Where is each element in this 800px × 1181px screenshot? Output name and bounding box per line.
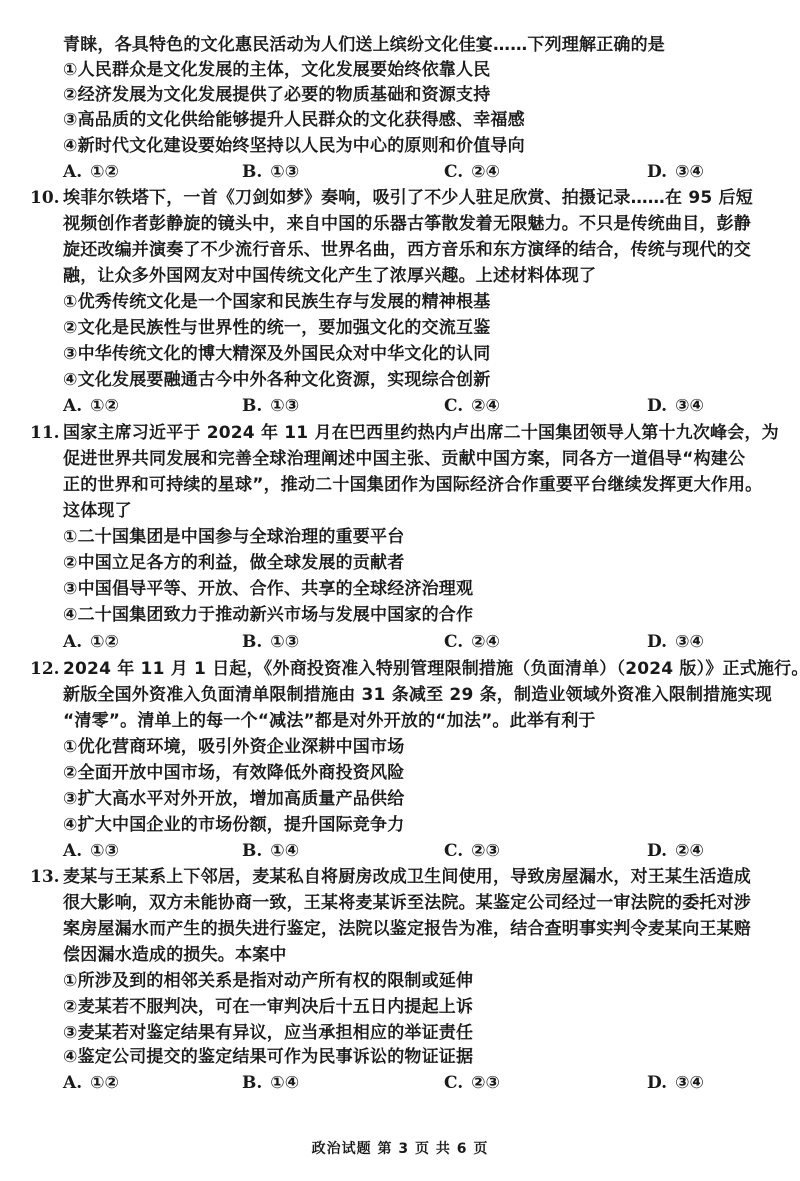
statement-3: ③中国倡导平等、开放、合作、共享的全球经济治理观 bbox=[63, 577, 473, 601]
statement-1: ①优秀传统文化是一个国家和民族生存与发展的精神根基 bbox=[63, 290, 490, 314]
option-c[interactable]: C.②④ bbox=[444, 394, 500, 418]
question-stem-line: 偿因漏水造成的损失。本案中 bbox=[63, 943, 287, 967]
question-number: 12. bbox=[30, 657, 60, 681]
statement-2: ②文化是民族性与世界性的统一，要加强文化的交流互鉴 bbox=[63, 316, 490, 340]
question-stem-line: 麦某与王某系上下邻居，麦某私自将厨房改成卫生间使用，导致房屋漏水，对王某生活造成 bbox=[63, 865, 751, 889]
option-a[interactable]: A.①③ bbox=[63, 839, 119, 863]
question-stem-line: 促进世界共同发展和完善全球治理阐述中国主张、贡献中国方案，同各方一道倡导“构建公 bbox=[63, 447, 745, 471]
question-stem-line: 融，让众多外国网友对中国传统文化产生了浓厚兴趣。上述材料体现了 bbox=[63, 264, 596, 288]
option-c[interactable]: C.②③ bbox=[444, 1071, 500, 1095]
option-d[interactable]: D.②④ bbox=[647, 839, 704, 863]
question-stem-line: 国家主席习近平于 2024 年 11 月在巴西里约热内卢出席二十国集团领导人第十… bbox=[63, 421, 779, 445]
answer-options: A.①② B.①③ C.②④ D.③④ bbox=[63, 630, 783, 654]
statement-1: ①二十国集团是中国参与全球治理的重要平台 bbox=[63, 525, 404, 549]
option-a[interactable]: A.①② bbox=[63, 394, 119, 418]
statement-1: ①人民群众是文化发展的主体，文化发展要始终依靠人民 bbox=[63, 58, 490, 82]
question-stem-line: 埃菲尔铁塔下，一首《刀剑如梦》奏响，吸引了不少人驻足欣赏、拍摄记录……在 95 … bbox=[63, 186, 753, 210]
statement-3: ③中华传统文化的博大精深及外国民众对中华文化的认同 bbox=[63, 342, 490, 366]
statement-4: ④鉴定公司提交的鉴定结果可作为民事诉讼的物证证据 bbox=[63, 1045, 473, 1069]
statement-3: ③扩大高水平对外开放，增加高质量产品供给 bbox=[63, 787, 404, 811]
option-b[interactable]: B.①③ bbox=[242, 630, 299, 654]
option-d[interactable]: D.③④ bbox=[647, 160, 704, 184]
statement-4: ④二十国集团致力于推动新兴市场与发展中国家的合作 bbox=[63, 603, 473, 627]
question-stem-line: 很大影响，双方未能协商一致，王某将麦某诉至法院。某鉴定公司经过一审法院的委托对涉 bbox=[63, 891, 751, 915]
statement-3: ③高品质的文化供给能够提升人民群众的文化获得感、幸福感 bbox=[63, 108, 525, 132]
statement-2: ②麦某若不服判决，可在一审判决后十五日内提起上诉 bbox=[63, 995, 473, 1019]
statement-4: ④扩大中国企业的市场份额，提升国际竞争力 bbox=[63, 813, 404, 837]
question-stem-line: 旋还改编并演奏了不少流行音乐、世界名曲，西方音乐和东方演绎的结合，传统与现代的交 bbox=[63, 238, 751, 262]
option-b[interactable]: B.①③ bbox=[242, 160, 299, 184]
answer-options: A.①② B.①④ C.②③ D.③④ bbox=[63, 1071, 783, 1095]
question-number: 10. bbox=[30, 186, 60, 210]
option-a[interactable]: A.①② bbox=[63, 160, 119, 184]
question-stem-line: 正的世界和可持续的星球”，推动二十国集团作为国际经济合作重要平台继续发挥更大作用… bbox=[63, 473, 762, 497]
question-number: 11. bbox=[30, 421, 60, 445]
question-stem-line: “清零”。清单上的每一个“减法”都是对外开放的“加法”。此举有利于 bbox=[63, 709, 596, 733]
page-footer: 政治试题 第 3 页 共 6 页 bbox=[0, 1138, 800, 1158]
answer-options: A.①② B.①③ C.②④ D.③④ bbox=[63, 160, 783, 184]
question-stem-line: 青睐，各具特色的文化惠民活动为人们送上缤纷文化佳宴……下列理解正确的是 bbox=[63, 33, 665, 57]
statement-1: ①优化营商环境，吸引外资企业深耕中国市场 bbox=[63, 735, 404, 759]
statement-2: ②经济发展为文化发展提供了必要的物质基础和资源支持 bbox=[63, 83, 490, 107]
option-b[interactable]: B.①④ bbox=[242, 839, 299, 863]
statement-3: ③麦某若对鉴定结果有异议，应当承担相应的举证责任 bbox=[63, 1021, 473, 1045]
option-a[interactable]: A.①② bbox=[63, 630, 119, 654]
option-d[interactable]: D.③④ bbox=[647, 1071, 704, 1095]
statement-1: ①所涉及到的相邻关系是指对动产所有权的限制或延伸 bbox=[63, 969, 473, 993]
statement-2: ②中国立足各方的利益，做全球发展的贡献者 bbox=[63, 551, 404, 575]
option-d[interactable]: D.③④ bbox=[647, 630, 704, 654]
question-stem-line: 这体现了 bbox=[63, 499, 132, 523]
option-b[interactable]: B.①④ bbox=[242, 1071, 299, 1095]
option-c[interactable]: C.②④ bbox=[444, 160, 500, 184]
answer-options: A.①③ B.①④ C.②③ D.②④ bbox=[63, 839, 783, 863]
question-stem-line: 新版全国外资准入负面清单限制措施由 31 条减至 29 条，制造业领域外资准入限… bbox=[63, 683, 772, 707]
answer-options: A.①② B.①③ C.②④ D.③④ bbox=[63, 394, 783, 418]
question-stem-line: 案房屋漏水而产生的损失进行鉴定，法院以鉴定报告为准，结合查明事实判令麦某向王某赔 bbox=[63, 917, 751, 941]
option-c[interactable]: C.②③ bbox=[444, 839, 500, 863]
statement-4: ④文化发展要融通古今中外各种文化资源，实现综合创新 bbox=[63, 368, 490, 392]
option-b[interactable]: B.①③ bbox=[242, 394, 299, 418]
question-number: 13. bbox=[30, 865, 60, 889]
option-d[interactable]: D.③④ bbox=[647, 394, 704, 418]
option-c[interactable]: C.②④ bbox=[444, 630, 500, 654]
exam-page: 青睐，各具特色的文化惠民活动为人们送上缤纷文化佳宴……下列理解正确的是 ①人民群… bbox=[0, 0, 800, 1181]
statement-2: ②全面开放中国市场，有效降低外商投资风险 bbox=[63, 761, 404, 785]
question-stem-line: 视频创作者彭静旋的镜头中，来自中国的乐器古筝散发着无限魅力。不只是传统曲目，彭静 bbox=[63, 212, 751, 236]
statement-4: ④新时代文化建设要始终坚持以人民为中心的原则和价值导向 bbox=[63, 134, 525, 158]
question-stem-line: 2024 年 11 月 1 日起，《外商投资准入特别管理限制措施（负面清单）（2… bbox=[63, 657, 800, 681]
option-a[interactable]: A.①② bbox=[63, 1071, 119, 1095]
